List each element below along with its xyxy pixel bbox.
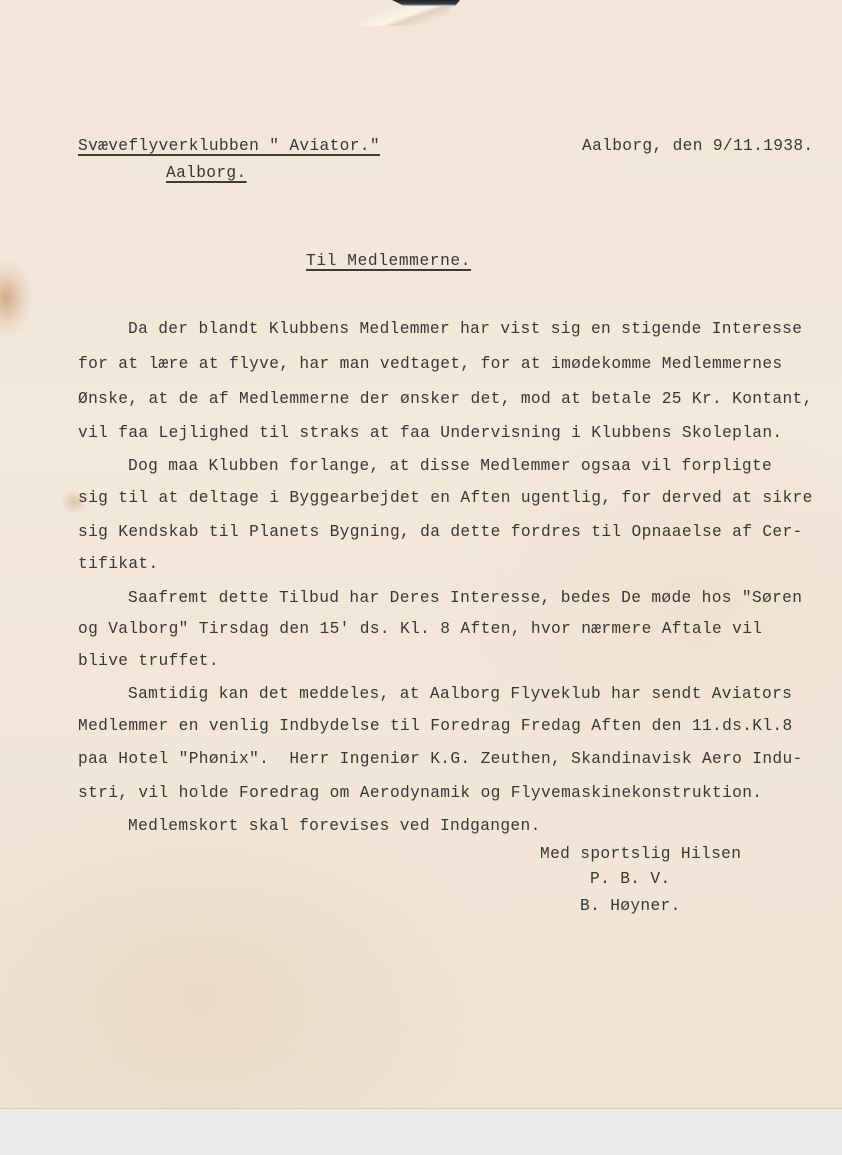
sender-city: Aalborg.: [166, 163, 247, 183]
paragraph-line: Dog maa Klubben forlange, at disse Medle…: [128, 456, 772, 476]
paragraph-line: tifikat.: [78, 554, 159, 574]
paragraph-line: for at lære at flyve, har man vedtaget, …: [78, 354, 783, 374]
sender-name: Svæveflyverklubben " Aviator.": [78, 136, 380, 156]
closing-greeting: Med sportslig Hilsen: [540, 844, 741, 864]
paragraph-line: Da der blandt Klubbens Medlemmer har vis…: [128, 319, 802, 339]
signer-name: B. Høyner.: [580, 896, 681, 916]
paragraph-line: sig Kendskab til Planets Bygning, da det…: [78, 522, 803, 542]
paragraph-line: Samtidig kan det meddeles, at Aalborg Fl…: [128, 684, 792, 704]
paragraph-line: Saafremt dette Tilbud har Deres Interess…: [128, 588, 802, 608]
letter-paper: Svæveflyverklubben " Aviator." Aalborg. …: [0, 0, 842, 1109]
paragraph-line: paa Hotel "Phønix". Herr Ingeniør K.G. Z…: [78, 749, 803, 769]
salutation: Til Medlemmerne.: [306, 251, 471, 271]
paragraph-line: Ønske, at de af Medlemmerne der ønsker d…: [78, 389, 813, 409]
closing-on-behalf: P. B. V.: [590, 869, 671, 889]
paragraph-line: Medlemmer en venlig Indbydelse til Fored…: [78, 716, 793, 736]
paragraph-line: Medlemskort skal forevises ved Indgangen…: [128, 816, 541, 836]
paragraph-line: stri, vil holde Foredrag om Aerodynamik …: [78, 783, 762, 803]
place-date: Aalborg, den 9/11.1938.: [582, 136, 813, 156]
paragraph-line: vil faa Lejlighed til straks at faa Unde…: [78, 423, 783, 443]
paragraph-line: sig til at deltage i Byggearbejdet en Af…: [78, 488, 813, 508]
paper-fold-tab: [392, 0, 460, 10]
paragraph-line: og Valborg" Tirsdag den 15' ds. Kl. 8 Af…: [78, 619, 762, 639]
paragraph-line: blive truffet.: [78, 651, 219, 671]
